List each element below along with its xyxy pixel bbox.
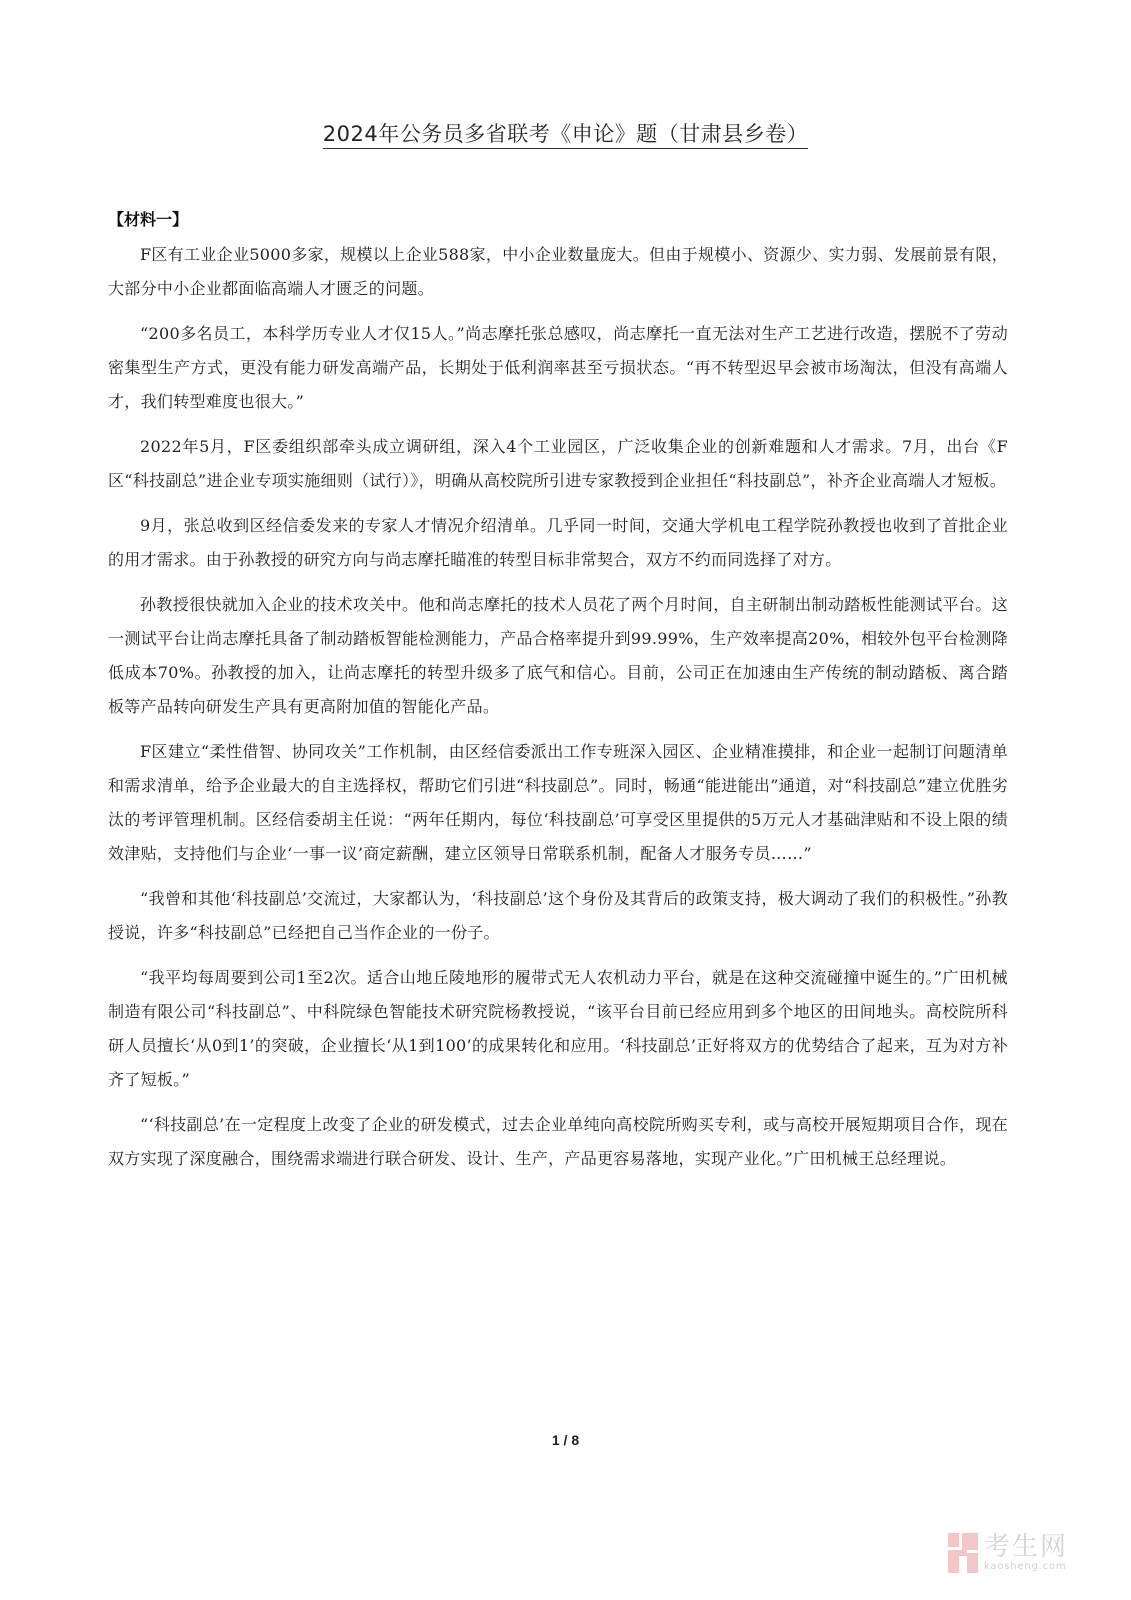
- watermark-en-text: kaosheng.com: [984, 1562, 1068, 1572]
- paragraph: 9月，张总收到区经信委发来的专家人才情况介绍清单。几乎同一时间，交通大学机电工程…: [108, 509, 1008, 577]
- paragraph: F区有工业企业5000多家，规模以上企业588家，中小企业数量庞大。但由于规模小…: [108, 238, 1008, 306]
- paragraph: “‘科技副总’在一定程度上改变了企业的研发模式，过去企业单纯向高校院所购买专利，…: [108, 1108, 1008, 1176]
- page-title-text: 2024年公务员多省联考《申论》题（甘肃县乡卷）: [323, 122, 808, 149]
- document-body: 【材料一】 F区有工业企业5000多家，规模以上企业588家，中小企业数量庞大。…: [108, 206, 1008, 1187]
- page-title: 2024年公务员多省联考《申论》题（甘肃县乡卷）: [0, 118, 1131, 148]
- section-label: 【材料一】: [108, 206, 1008, 234]
- page-number: 1 / 8: [0, 1432, 1131, 1448]
- watermark-cn-text: 考生网: [984, 1534, 1068, 1560]
- paragraph: “我平均每周要到公司1至2次。适合山地丘陵地形的履带式无人农机动力平台，就是在这…: [108, 961, 1008, 1097]
- paragraph: 2022年5月，F区委组织部牵头成立调研组，深入4个工业园区，广泛收集企业的创新…: [108, 430, 1008, 498]
- paragraph: “我曾和其他‘科技副总’交流过，大家都认为，‘科技副总’这个身份及其背后的政策支…: [108, 882, 1008, 950]
- watermark: 考生网 kaosheng.com: [948, 1528, 1118, 1578]
- paragraph: F区建立“柔性借智、协同攻关”工作机制，由区经信委派出工作专班深入园区、企业精准…: [108, 735, 1008, 871]
- paragraph: “200多名员工，本科学历专业人才仅15人。”尚志摩托张总感叹，尚志摩托一直无法…: [108, 317, 1008, 419]
- paragraph: 孙教授很快就加入企业的技术攻关中。他和尚志摩托的技术人员花了两个月时间，自主研制…: [108, 588, 1008, 724]
- kaosheng-logo-icon: [948, 1533, 978, 1573]
